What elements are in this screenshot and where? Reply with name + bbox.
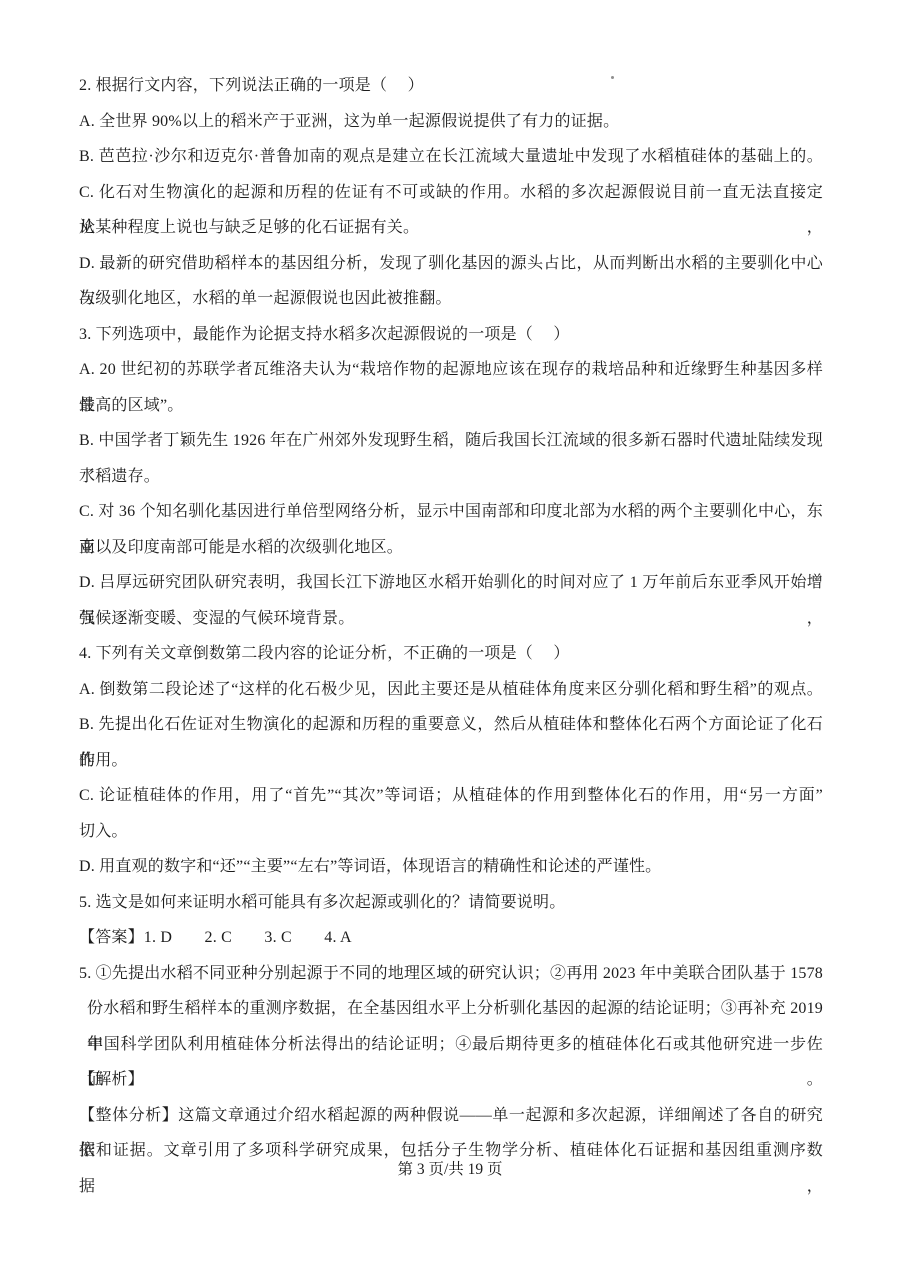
text-line: 份水稻和野生稻样本的重测序数据，在全基因组水平上分析驯化基因的起源的结论证明；③… <box>79 991 823 1027</box>
text-line: 作用。 <box>79 743 823 779</box>
text-line: B. 中国学者丁颖先生 1926 年在广州郊外发现野生稻，随后我国长江流域的很多… <box>79 423 823 459</box>
text-line: 5. ①先提出水稻不同亚种分别起源于不同的地理区域的研究认识；②再用 2023 … <box>79 956 823 992</box>
text-line: 亚以及印度南部可能是水稻的次级驯化地区。 <box>79 530 823 566</box>
document-body: 2. 根据行文内容，下列说法正确的一项是（ ）A. 全世界 90%以上的稻米产于… <box>79 68 823 1169</box>
text-line: A. 倒数第二段论述了“这样的化石极少见，因此主要还是从植硅体角度来区分驯化稻和… <box>79 672 823 708</box>
text-line: 5. 选文是如何来证明水稻可能具有多次起源或驯化的？请简要说明。 <box>79 885 823 921</box>
page-footer: 第 3 页/共 19 页 <box>0 1158 900 1182</box>
text-line: 【答案】1. D 2. C 3. C 4. A <box>79 920 823 956</box>
page-number-label: 第 3 页/共 19 页 <box>397 1161 502 1178</box>
text-line: 最高的区域”。 <box>79 388 823 424</box>
text-line: 【整体分析】这篇文章通过介绍水稻起源的两种假说——单一起源和多次起源，详细阐述了… <box>79 1098 823 1134</box>
text-line: 2. 根据行文内容，下列说法正确的一项是（ ） <box>79 68 823 104</box>
text-line: B. 芭芭拉·沙尔和迈克尔·普鲁加南的观点是建立在长江流域大量遗址中发现了水稻植… <box>79 139 823 175</box>
text-line: D. 吕厚远研究团队研究表明，我国长江下游地区水稻开始驯化的时间对应了 1 万年… <box>79 565 823 601</box>
text-line: 切入。 <box>79 814 823 850</box>
text-line: D. 最新的研究借助稻样本的基因组分析，发现了驯化基因的源头占比，从而判断出水稻… <box>79 246 823 282</box>
text-line: 4. 下列有关文章倒数第二段内容的论证分析，不正确的一项是（ ） <box>79 636 823 672</box>
exam-document-page: 2. 根据行文内容，下列说法正确的一项是（ ）A. 全世界 90%以上的稻米产于… <box>0 0 900 1273</box>
text-line: A. 20 世纪初的苏联学者瓦维洛夫认为“栽培作物的起源地应该在现存的栽培品种和… <box>79 352 823 388</box>
text-line: D. 用直观的数字和“还”“主要”“左右”等词语，体现语言的精确性和论述的严谨性… <box>79 849 823 885</box>
text-line: C. 对 36 个知名驯化基因进行单倍型网络分析，显示中国南部和印度北部为水稻的… <box>79 494 823 530</box>
scan-artifact-dot <box>611 76 614 79</box>
text-line: 水稻遗存。 <box>79 459 823 495</box>
text-line: 次级驯化地区，水稻的单一起源假说也因此被推翻。 <box>79 281 823 317</box>
text-line: A. 全世界 90%以上的稻米产于亚洲，这为单一起源假说提供了有力的证据。 <box>79 104 823 140</box>
text-line: 3. 下列选项中，最能作为论据支持水稻多次起源假说的一项是（ ） <box>79 317 823 353</box>
text-line: C. 论证植硅体的作用，用了“首先”“其次”等词语；从植硅体的作用到整体化石的作… <box>79 778 823 814</box>
text-line: C. 化石对生物演化的起源和历程的佐证有不可或缺的作用。水稻的多次起源假说目前一… <box>79 175 823 211</box>
text-line: B. 先提出化石佐证对生物演化的起源和历程的重要意义，然后从植硅体和整体化石两个… <box>79 707 823 743</box>
text-line: 中国科学团队利用植硅体分析法得出的结论证明；④最后期待更多的植硅体化石或其他研究… <box>79 1027 823 1063</box>
